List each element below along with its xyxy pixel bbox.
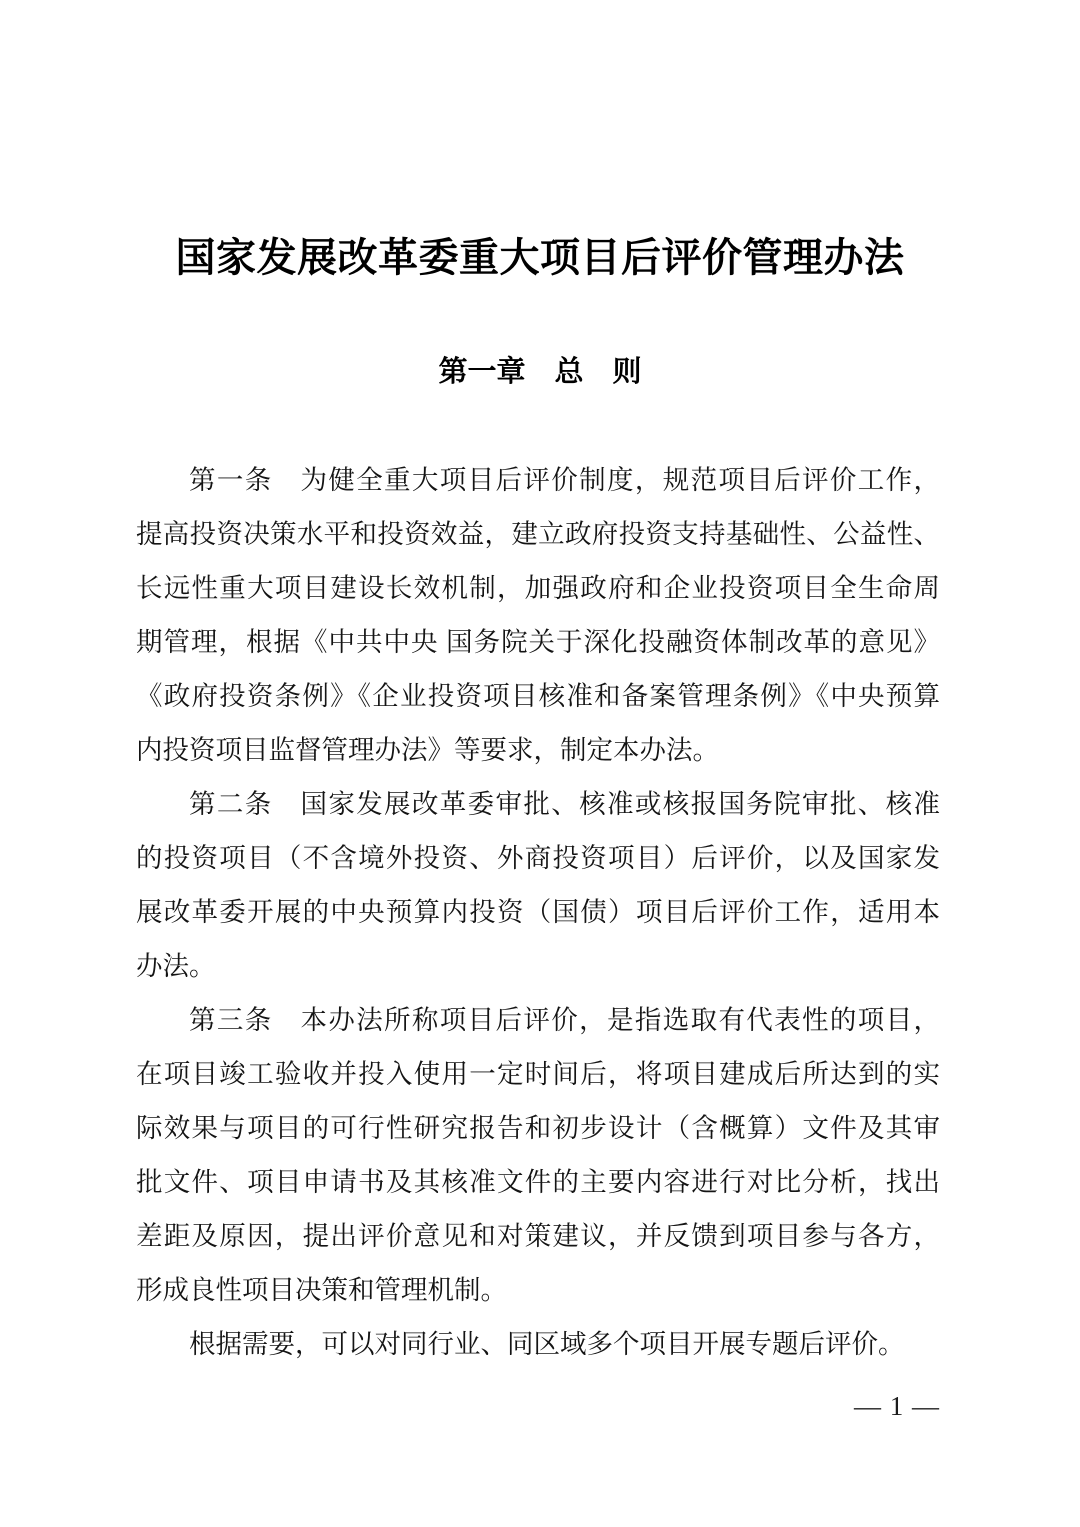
text-line: 批文件、项目申请书及其核准文件的主要内容进行对比分析，找出 <box>136 1155 940 1209</box>
text-line: 际效果与项目的可行性研究报告和初步设计（含概算）文件及其审 <box>136 1101 940 1155</box>
text-line: 期管理，根据《中共中央 国务院关于深化投融资体制改革的意见》 <box>136 615 940 669</box>
document-page: 国家发展改革委重大项目后评价管理办法 第一章 总 则 第一条 为健全重大项目后评… <box>0 0 1080 1527</box>
text-line: 《政府投资条例》《企业投资项目核准和备案管理条例》《中央预算 <box>136 669 940 723</box>
text-line: 在项目竣工验收并投入使用一定时间后，将项目建成后所达到的实 <box>136 1047 940 1101</box>
article-3: 第三条 本办法所称项目后评价，是指选取有代表性的项目， 在项目竣工验收并投入使用… <box>136 993 940 1317</box>
text-line: 的投资项目（不含境外投资、外商投资项目）后评价，以及国家发 <box>136 831 940 885</box>
text-line: 第二条 国家发展改革委审批、核准或核报国务院审批、核准 <box>136 777 940 831</box>
chapter-heading: 第一章 总 则 <box>0 354 1080 390</box>
text-line: 形成良性项目决策和管理机制。 <box>136 1263 940 1317</box>
closing-paragraph: 根据需要，可以对同行业、同区域多个项目开展专题后评价。 <box>136 1317 940 1371</box>
text-line: 提高投资决策水平和投资效益，建立政府投资支持基础性、公益性、 <box>136 507 940 561</box>
text-line: 办法。 <box>136 939 940 993</box>
text-line: 展改革委开展的中央预算内投资（国债）项目后评价工作，适用本 <box>136 885 940 939</box>
text-line: 长远性重大项目建设长效机制，加强政府和企业投资项目全生命周 <box>136 561 940 615</box>
text-line: 第三条 本办法所称项目后评价，是指选取有代表性的项目， <box>136 993 940 1047</box>
article-2: 第二条 国家发展改革委审批、核准或核报国务院审批、核准 的投资项目（不含境外投资… <box>136 777 940 993</box>
text-line: 内投资项目监督管理办法》等要求，制定本办法。 <box>136 723 940 777</box>
text-line: 第一条 为健全重大项目后评价制度，规范项目后评价工作， <box>136 453 940 507</box>
document-body: 第一条 为健全重大项目后评价制度，规范项目后评价工作， 提高投资决策水平和投资效… <box>136 453 940 1371</box>
document-title: 国家发展改革委重大项目后评价管理办法 <box>0 234 1080 282</box>
page-number: — 1 — <box>854 1391 940 1421</box>
text-line: 差距及原因，提出评价意见和对策建议，并反馈到项目参与各方， <box>136 1209 940 1263</box>
text-line: 根据需要，可以对同行业、同区域多个项目开展专题后评价。 <box>136 1317 940 1371</box>
article-1: 第一条 为健全重大项目后评价制度，规范项目后评价工作， 提高投资决策水平和投资效… <box>136 453 940 777</box>
